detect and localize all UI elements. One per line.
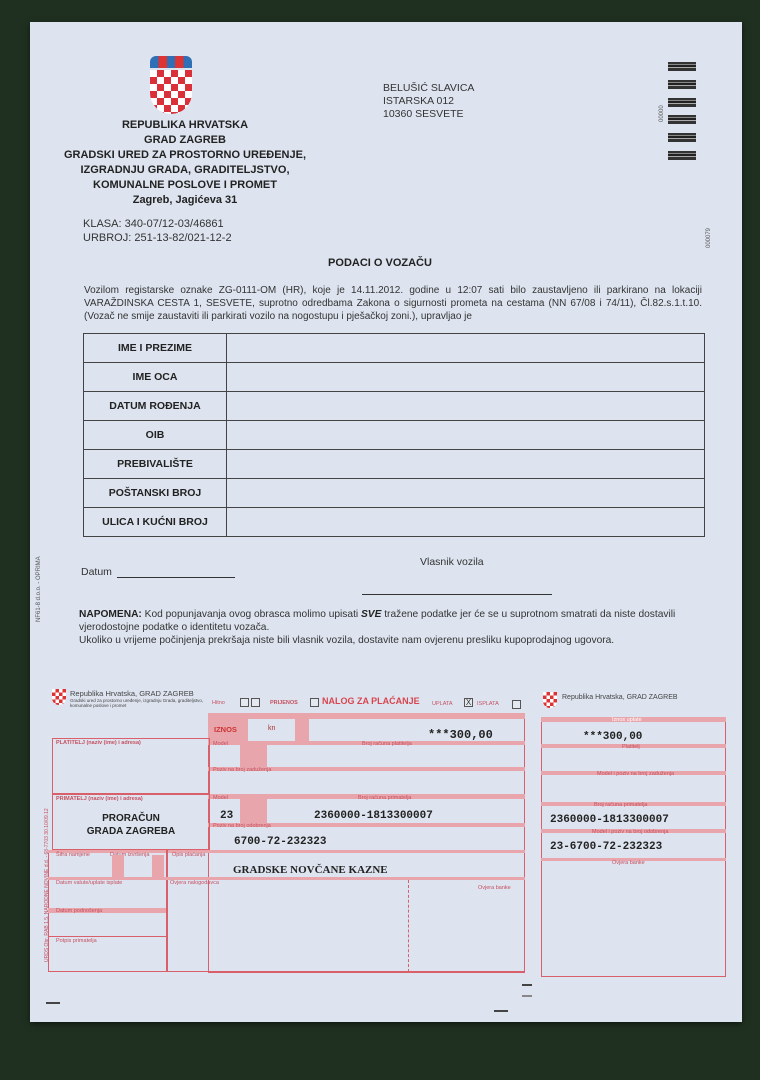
slip-coat-of-arms-icon: [52, 689, 66, 705]
field-label: DATUM ROĐENJA: [84, 392, 227, 421]
field-label: IME OCA: [84, 363, 227, 392]
field-input[interactable]: [227, 363, 705, 392]
submission-date-label: Datum podnošenja: [56, 908, 102, 914]
issuer-line: REPUBLIKA HRVATSKA: [40, 118, 330, 133]
stub-recipient-account-label: Broj računa primatelja: [594, 802, 648, 808]
note-label: NAPOMENA:: [79, 609, 142, 620]
table-row: POŠTANSKI BROJ: [84, 479, 705, 508]
slip-side-code: URDS Obr. RAB 1.5. NARODNE NOVINE d.d. -…: [44, 808, 50, 962]
table-row: OIB: [84, 421, 705, 450]
recipient-city: 10360 SESVETE: [383, 108, 474, 121]
recipient-name: BELUŠIĆ SLAVICA: [383, 82, 474, 95]
credit-reference-label: Poziv na broj odobrenja: [213, 823, 271, 829]
payer-label-sub: (naziv (ime) i adresa): [86, 740, 140, 746]
model-label: Model: [213, 741, 228, 747]
driver-data-table: IME I PREZIME IME OCA DATUM ROĐENJA OIB …: [83, 333, 705, 537]
issuer-line: GRAD ZAGREB: [40, 133, 330, 148]
issuer-block: REPUBLIKA HRVATSKA GRAD ZAGREB GRADSKI U…: [40, 118, 330, 208]
payment-description-value[interactable]: GRADSKE NOVČANE KAZNE: [233, 864, 388, 876]
field-label: PREBIVALIŠTE: [84, 450, 227, 479]
prijenos-checkbox[interactable]: [310, 698, 319, 707]
field-input[interactable]: [227, 421, 705, 450]
recipient-address: BELUŠIĆ SLAVICA ISTARSKA 012 10360 SESVE…: [383, 82, 474, 121]
side-code-left: NF61-8 d.o.o. - OPRIMA: [36, 556, 42, 622]
value-date-label: Datum valute/uplate isplate: [56, 880, 122, 886]
date-signature-line[interactable]: [117, 577, 235, 578]
field-input[interactable]: [227, 334, 705, 363]
stub-coat-of-arms-icon: [543, 692, 557, 708]
croatian-coat-of-arms-icon: [150, 56, 192, 116]
issuer-line: IZGRADNJU GRADA, GRADITELJSTVO,: [40, 163, 330, 178]
note-emphasis: SVE: [361, 609, 381, 620]
payer-account-label: Broj računa platitelja: [362, 741, 412, 747]
table-row: IME OCA: [84, 363, 705, 392]
issuer-line: Zagreb, Jagićeva 31: [40, 193, 330, 208]
debit-reference-label: Poziv na broj zaduženja: [213, 767, 271, 773]
slip-issuer-sub: Gradski ured za prostorno uređenje, izgr…: [70, 698, 205, 708]
registration-mark: [494, 1010, 508, 1012]
recipient-name: PRORAČUN GRADA ZAGREBA: [52, 812, 210, 838]
prijenos-label: PRIJENOS: [270, 700, 298, 706]
stub-credit-reference-label: Model i poziv na broj odobrenja: [592, 829, 668, 835]
section-title: PODACI O VOZAČU: [0, 257, 760, 269]
offense-description: Vozilom registarske oznake ZG-0111-OM (H…: [84, 284, 702, 323]
recipient-account-value[interactable]: 2360000-1813300007: [314, 810, 433, 822]
recipient-street: ISTARSKA 012: [383, 95, 474, 108]
hitno-label: Hitno: [212, 700, 225, 706]
field-label: IME I PREZIME: [84, 334, 227, 363]
stub-credit-reference[interactable]: 23-6700-72-232323: [550, 841, 662, 853]
model-label-2: Model: [213, 795, 228, 801]
isplata-label: ISPLATA: [477, 701, 499, 707]
issuer-line: GRADSKI URED ZA PROSTORNO UREĐENJE,: [40, 148, 330, 163]
isplata-checkbox[interactable]: [512, 700, 521, 709]
slip-title: NALOG ZA PLAĆANJE: [322, 696, 420, 706]
date-label: Datum: [81, 566, 112, 578]
bank-stamp-label: Ovjera banke: [478, 885, 511, 891]
recipient-account-label: Broj računa primatelja: [358, 795, 412, 801]
field-input[interactable]: [227, 392, 705, 421]
recipient-name-line: GRADA ZAGREBA: [52, 825, 210, 838]
hitno-checkbox[interactable]: [240, 698, 249, 707]
field-label: ULICA I KUĆNI BROJ: [84, 508, 227, 537]
stub-amount[interactable]: ***300,00: [583, 731, 642, 743]
payer-stamp-label: Ovjera nalogodavca: [170, 880, 219, 886]
uplata-label: UPLATA: [432, 701, 453, 707]
reference-numbers: KLASA: 340-07/12-03/46861 URBROJ: 251-13…: [83, 217, 232, 245]
slip-issuer: Republika Hrvatska, GRAD ZAGREB Gradski …: [70, 689, 205, 708]
table-row: IME I PREZIME: [84, 334, 705, 363]
stub-amount-label: Iznos uplate: [612, 717, 642, 723]
table-row: DATUM ROĐENJA: [84, 392, 705, 421]
table-row: ULICA I KUĆNI BROJ: [84, 508, 705, 537]
recipient-label-text: PRIMATELJ: [56, 796, 87, 802]
field-input[interactable]: [227, 508, 705, 537]
recipient-label: PRIMATELJ (naziv (ime) i adresa): [56, 796, 143, 802]
note-text: Kod popunjavanja ovog obrasca molimo upi…: [142, 609, 361, 620]
registration-mark: [522, 984, 532, 986]
uplata-checkbox[interactable]: X: [464, 698, 473, 707]
stub-issuer: Republika Hrvatska, GRAD ZAGREB: [562, 694, 678, 701]
side-code-right: 000079: [706, 228, 712, 248]
registration-mark: [522, 995, 532, 997]
currency-label: kn: [268, 725, 275, 732]
payer-label: PLATITELJ (naziv (ime) i adresa): [56, 740, 141, 746]
field-input[interactable]: [227, 450, 705, 479]
urbroj: URBROJ: 251-13-82/021-12-2: [83, 231, 232, 245]
recipient-signature-label: Potpis primatelja: [56, 938, 97, 944]
table-row: PREBIVALIŠTE: [84, 450, 705, 479]
payer-label-text: PLATITELJ: [56, 740, 85, 746]
payer-frame: [52, 738, 210, 794]
iznos-label: IZNOS: [214, 725, 237, 734]
slip-issuer-line: Republika Hrvatska, GRAD ZAGREB: [70, 689, 205, 698]
barcode-code: 00000: [659, 105, 665, 122]
field-label: OIB: [84, 421, 227, 450]
stub-recipient-account[interactable]: 2360000-1813300007: [550, 814, 669, 826]
field-label: POŠTANSKI BROJ: [84, 479, 227, 508]
registration-mark: [46, 1002, 60, 1004]
note: NAPOMENA: Kod popunjavanja ovog obrasca …: [79, 608, 709, 647]
stub-payer-label: Platitelj: [622, 744, 640, 750]
stub-debit-reference-label: Model i poziv na broj zaduženja: [597, 771, 674, 777]
model-value[interactable]: 23: [220, 810, 233, 822]
barcode-icon: [668, 62, 696, 160]
purpose-code-label: Šifra namjene: [56, 852, 90, 858]
klasa: KLASA: 340-07/12-03/46861: [83, 217, 232, 231]
hitno-checkbox-2[interactable]: [251, 698, 260, 707]
owner-signature-line[interactable]: [362, 594, 552, 595]
issuer-line: KOMUNALNE POSLOVE I PROMET: [40, 178, 330, 193]
owner-label: Vlasnik vozila: [420, 556, 484, 568]
recipient-label-sub: (naziv (ime) i adresa): [88, 796, 142, 802]
recipient-name-line: PRORAČUN: [52, 812, 210, 825]
payment-description-label: Opis plaćanja: [172, 852, 205, 858]
field-input[interactable]: [227, 479, 705, 508]
credit-reference-value[interactable]: 6700-72-232323: [234, 836, 326, 848]
amount-field[interactable]: ***300,00: [428, 728, 493, 742]
note-text: Ukoliko u vrijeme počinjenja prekršaja n…: [79, 635, 614, 646]
stub-bank-stamp-label: Ovjera banke: [612, 860, 645, 866]
